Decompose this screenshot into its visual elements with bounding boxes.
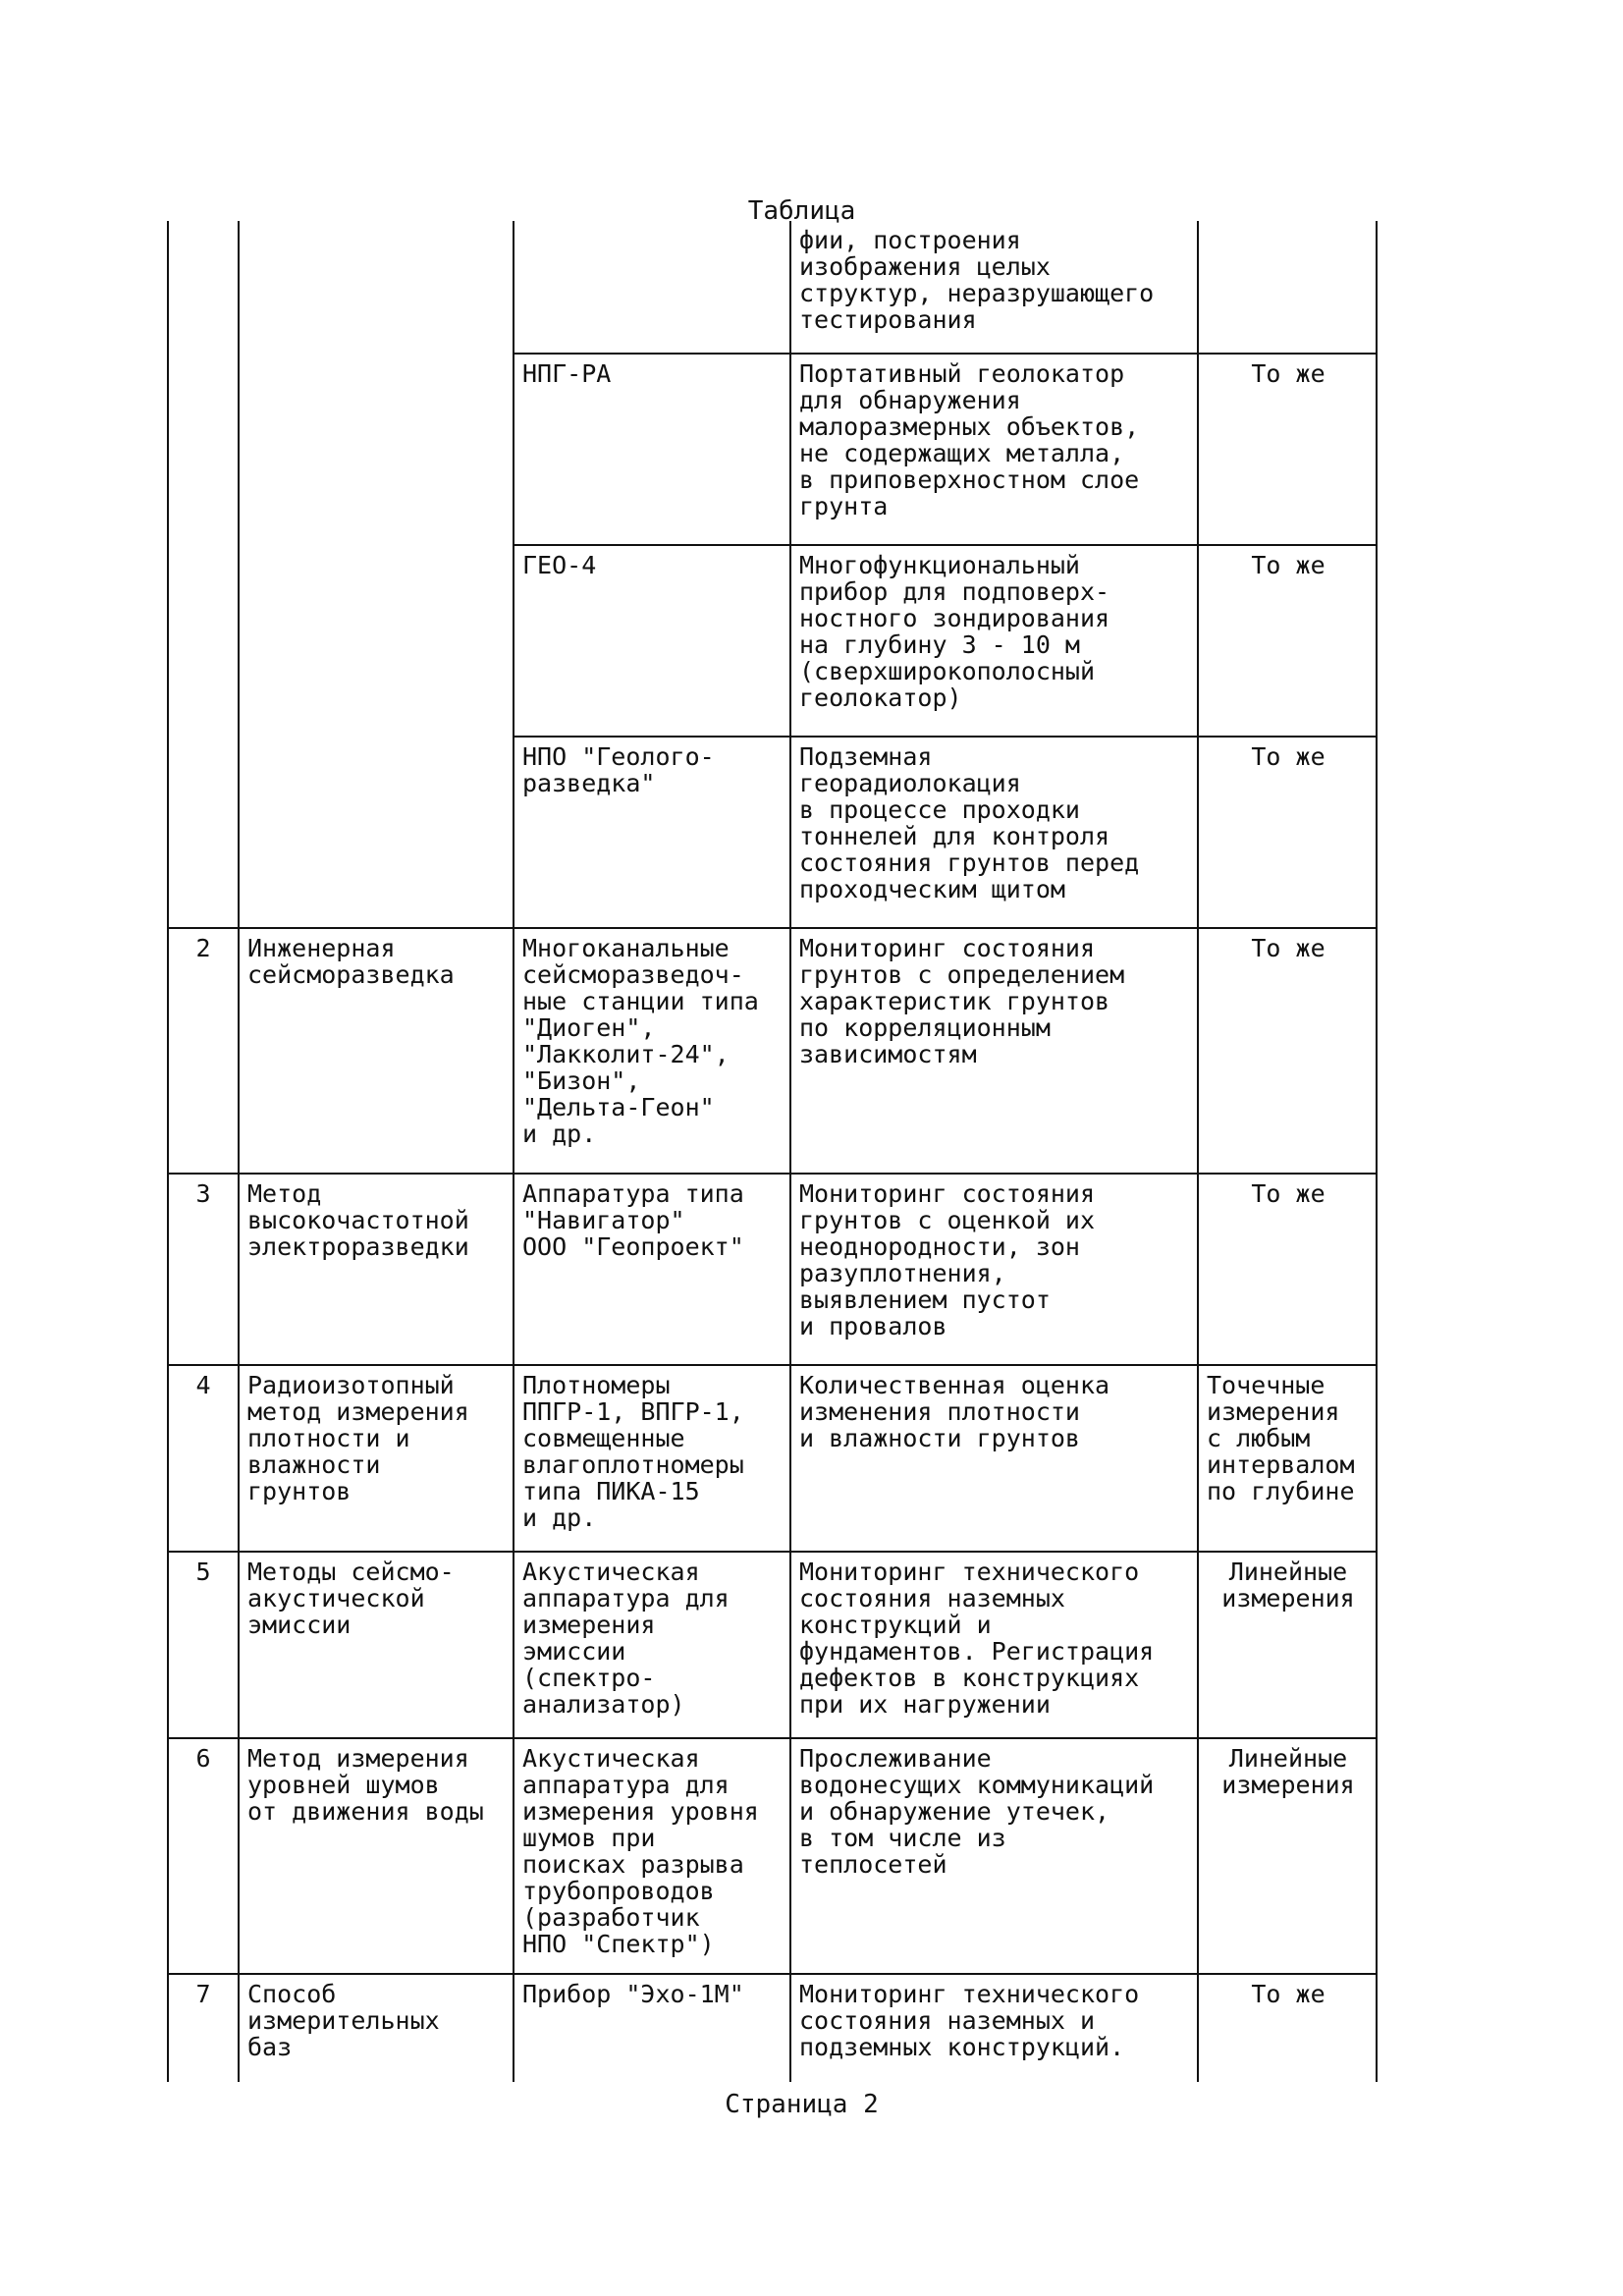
method-name-cell	[239, 545, 514, 737]
note-cell: То же	[1198, 1974, 1377, 2082]
equipment-text: ГЕО-4	[522, 552, 784, 578]
purpose-text: Многофункциональный прибор для подповерх…	[799, 552, 1191, 711]
purpose-text: Подземная георадиолокация в процессе про…	[799, 743, 1191, 902]
purpose-text: Мониторинг состояния грунтов с определен…	[799, 935, 1191, 1067]
table-row: 5Методы сейсмо- акустической эмиссииАкус…	[168, 1552, 1377, 1738]
equipment-cell: ГЕО-4	[514, 545, 790, 737]
method-name-text: Метод измерения уровней шумов от движени…	[247, 1745, 507, 1825]
row-number-cell: 5	[168, 1552, 239, 1738]
method-name-text: Метод высокочастотной электроразведки	[247, 1180, 507, 1260]
row-number-text: 6	[171, 1745, 236, 1772]
row-number-cell: 4	[168, 1365, 239, 1552]
note-text: То же	[1207, 552, 1370, 578]
purpose-text: фии, построения изображения целых структ…	[799, 227, 1191, 333]
purpose-cell: Мониторинг состояния грунтов с определен…	[790, 928, 1198, 1174]
table-row: НПГ-РАПортативный геолокатор для обнаруж…	[168, 354, 1377, 545]
table-row: 6Метод измерения уровней шумов от движен…	[168, 1738, 1377, 1974]
table-row: 7Способ измерительных базПрибор "Эхо-1М"…	[168, 1974, 1377, 2082]
note-text: То же	[1207, 743, 1370, 770]
equipment-cell	[514, 221, 790, 354]
equipment-text: Прибор "Эхо-1М"	[522, 1981, 784, 2007]
purpose-cell: фии, построения изображения целых структ…	[790, 221, 1198, 354]
table-row: 4Радиоизотопный метод измерения плотност…	[168, 1365, 1377, 1552]
method-name-cell	[239, 354, 514, 545]
method-name-cell: Способ измерительных баз	[239, 1974, 514, 2082]
note-text: Точечные измерения с любым интервалом по…	[1207, 1372, 1370, 1504]
equipment-cell: Акустическая аппаратура для измерения эм…	[514, 1552, 790, 1738]
purpose-cell: Подземная георадиолокация в процессе про…	[790, 737, 1198, 928]
note-cell: То же	[1198, 354, 1377, 545]
equipment-text: Плотномеры ППГР-1, ВПГР-1, совмещенные в…	[522, 1372, 784, 1531]
purpose-cell: Мониторинг технического состояния наземн…	[790, 1974, 1198, 2082]
purpose-text: Портативный геолокатор для обнаружения м…	[799, 360, 1191, 519]
note-text: Линейные измерения	[1207, 1745, 1370, 1798]
note-text: То же	[1207, 1981, 1370, 2007]
purpose-cell: Количественная оценка изменения плотност…	[790, 1365, 1198, 1552]
note-cell	[1198, 221, 1377, 354]
row-number-cell: 3	[168, 1174, 239, 1365]
method-name-cell	[239, 737, 514, 928]
equipment-text: Акустическая аппаратура для измерения ур…	[522, 1745, 784, 1957]
note-text: То же	[1207, 1180, 1370, 1207]
purpose-cell: Портативный геолокатор для обнаружения м…	[790, 354, 1198, 545]
note-cell: То же	[1198, 928, 1377, 1174]
purpose-cell: Многофункциональный прибор для подповерх…	[790, 545, 1198, 737]
note-cell: То же	[1198, 545, 1377, 737]
row-number-text: 2	[171, 935, 236, 961]
purpose-text: Мониторинг состояния грунтов с оценкой и…	[799, 1180, 1191, 1339]
row-number-cell	[168, 354, 239, 545]
method-name-cell: Метод высокочастотной электроразведки	[239, 1174, 514, 1365]
equipment-cell: НПО "Геолого- разведка"	[514, 737, 790, 928]
table-row: 2Инженерная сейсморазведкаМногоканальные…	[168, 928, 1377, 1174]
row-number-text: 5	[171, 1558, 236, 1585]
equipment-text: Аппаратура типа "Навигатор" ООО "Геопрое…	[522, 1180, 784, 1260]
note-cell: Линейные измерения	[1198, 1552, 1377, 1738]
equipment-cell: Акустическая аппаратура для измерения ур…	[514, 1738, 790, 1974]
row-number-cell: 7	[168, 1974, 239, 2082]
purpose-text: Прослеживание водонесущих коммуникаций и…	[799, 1745, 1191, 1878]
note-text: То же	[1207, 360, 1370, 387]
note-text: Линейные измерения	[1207, 1558, 1370, 1612]
row-number-cell	[168, 545, 239, 737]
method-name-cell: Инженерная сейсморазведка	[239, 928, 514, 1174]
purpose-text: Мониторинг технического состояния наземн…	[799, 1981, 1191, 2060]
equipment-text: НПО "Геолого- разведка"	[522, 743, 784, 796]
row-number-cell	[168, 737, 239, 928]
row-number-text: 3	[171, 1180, 236, 1207]
purpose-cell: Мониторинг технического состояния наземн…	[790, 1552, 1198, 1738]
purpose-text: Мониторинг технического состояния наземн…	[799, 1558, 1191, 1718]
monitoring-methods-table: фии, построения изображения целых структ…	[167, 221, 1378, 2082]
equipment-text: Акустическая аппаратура для измерения эм…	[522, 1558, 784, 1718]
purpose-cell: Мониторинг состояния грунтов с оценкой и…	[790, 1174, 1198, 1365]
row-number-cell: 2	[168, 928, 239, 1174]
note-cell: То же	[1198, 1174, 1377, 1365]
table-row: НПО "Геолого- разведка"Подземная георади…	[168, 737, 1377, 928]
note-text: То же	[1207, 935, 1370, 961]
method-name-text: Инженерная сейсморазведка	[247, 935, 507, 988]
table-row: 3Метод высокочастотной электроразведкиАп…	[168, 1174, 1377, 1365]
equipment-cell: Плотномеры ППГР-1, ВПГР-1, совмещенные в…	[514, 1365, 790, 1552]
method-name-text: Радиоизотопный метод измерения плотности…	[247, 1372, 507, 1504]
method-name-cell: Методы сейсмо- акустической эмиссии	[239, 1552, 514, 1738]
row-number-cell: 6	[168, 1738, 239, 1974]
purpose-text: Количественная оценка изменения плотност…	[799, 1372, 1191, 1451]
equipment-cell: Многоканальные сейсморазведоч- ные станц…	[514, 928, 790, 1174]
page-number: Страница 2	[0, 2090, 1613, 2119]
table-row: ГЕО-4Многофункциональный прибор для подп…	[168, 545, 1377, 737]
note-cell: Точечные измерения с любым интервалом по…	[1198, 1365, 1377, 1552]
note-cell: То же	[1198, 737, 1377, 928]
method-name-cell: Метод измерения уровней шумов от движени…	[239, 1738, 514, 1974]
equipment-text: НПГ-РА	[522, 360, 784, 387]
purpose-cell: Прослеживание водонесущих коммуникаций и…	[790, 1738, 1198, 1974]
row-number-cell	[168, 221, 239, 354]
table-row: фии, построения изображения целых структ…	[168, 221, 1377, 354]
equipment-cell: НПГ-РА	[514, 354, 790, 545]
method-name-text: Методы сейсмо- акустической эмиссии	[247, 1558, 507, 1638]
note-cell: Линейные измерения	[1198, 1738, 1377, 1974]
method-name-text: Способ измерительных баз	[247, 1981, 507, 2060]
equipment-cell: Аппаратура типа "Навигатор" ООО "Геопрое…	[514, 1174, 790, 1365]
row-number-text: 4	[171, 1372, 236, 1398]
equipment-text: Многоканальные сейсморазведоч- ные станц…	[522, 935, 784, 1147]
row-number-text: 7	[171, 1981, 236, 2007]
method-name-cell: Радиоизотопный метод измерения плотности…	[239, 1365, 514, 1552]
equipment-cell: Прибор "Эхо-1М"	[514, 1974, 790, 2082]
method-name-cell	[239, 221, 514, 354]
